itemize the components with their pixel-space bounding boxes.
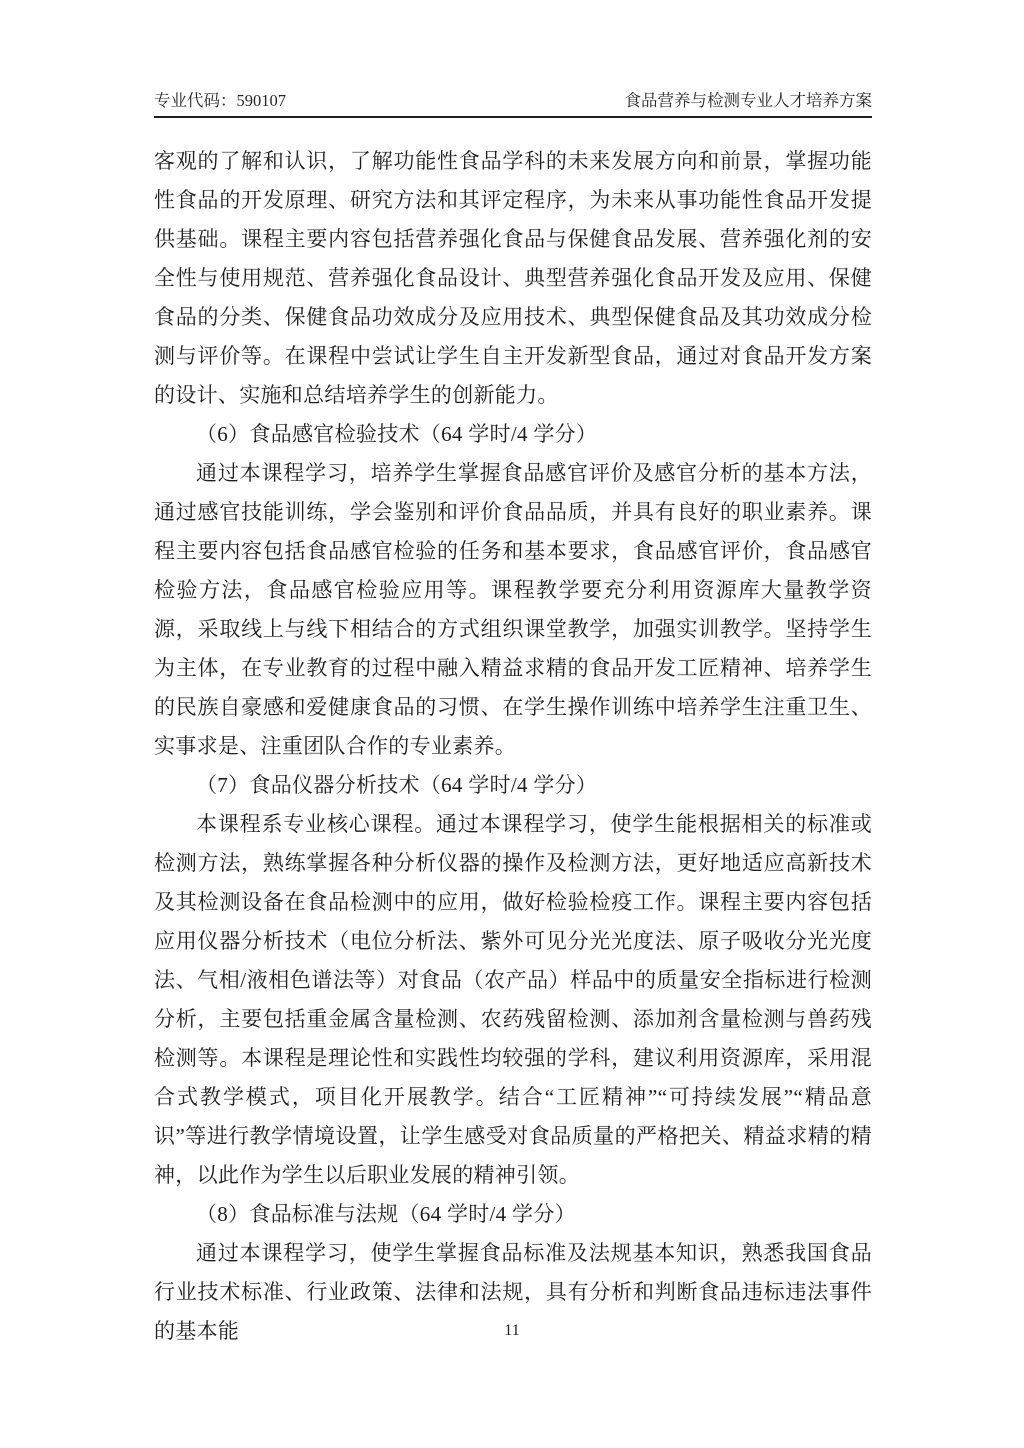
document-body: 客观的了解和认识，了解功能性食品学科的未来发展方向和前景，掌握功能性食品的开发原… [154,142,872,1351]
header-rule [154,116,872,118]
page-header: 专业代码：590107 食品营养与检测专业人才培养方案 [154,90,872,116]
header-document-title: 食品营养与检测专业人才培养方案 [625,90,873,112]
heading-course-6: （6）食品感官检验技术（64 学时/4 学分） [154,415,872,454]
paragraph-course-7-description: 本课程系专业核心课程。通过本课程学习，使学生能根据相关的标准或检测方法，熟练掌握… [154,805,872,1195]
heading-course-8: （8）食品标准与法规（64 学时/4 学分） [154,1195,872,1234]
paragraph-course5-continuation: 客观的了解和认识，了解功能性食品学科的未来发展方向和前景，掌握功能性食品的开发原… [154,142,872,415]
page-content-area: 专业代码：590107 食品营养与检测专业人才培养方案 客观的了解和认识，了解功… [154,90,872,1351]
header-major-code: 专业代码：590107 [154,90,286,112]
heading-course-7: （7）食品仪器分析技术（64 学时/4 学分） [154,766,872,805]
page-number: 11 [0,1322,1024,1340]
paragraph-course-6-description: 通过本课程学习，培养学生掌握食品感官评价及感官分析的基本方法，通过感官技能训练，… [154,454,872,766]
document-page: 专业代码：590107 食品营养与检测专业人才培养方案 客观的了解和认识，了解功… [0,0,1024,1448]
